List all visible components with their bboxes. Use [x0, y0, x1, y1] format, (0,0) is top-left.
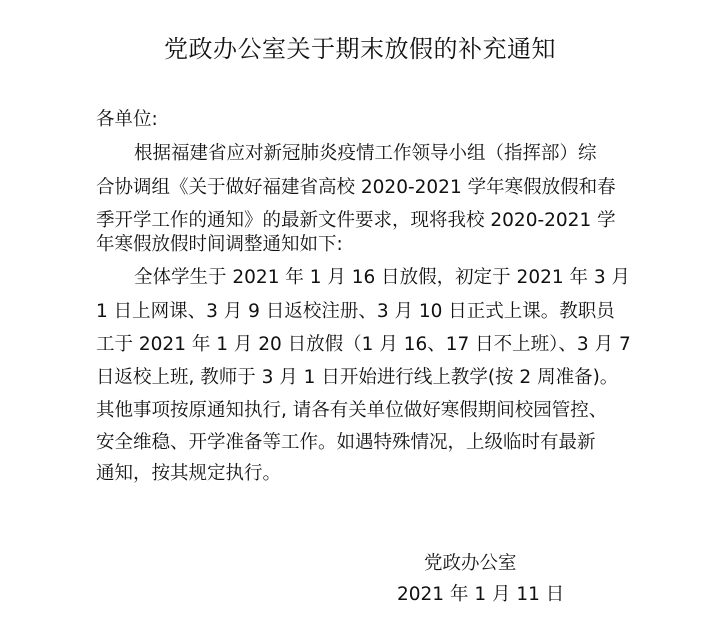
paragraph-line: 日返校上班, 教师于 3 月 1 日开始进行线上教学(按 2 周准备)。 — [96, 364, 618, 392]
paragraph-line: 其他事项按原通知执行, 请各有关单位做好寒假期间校园管控、 — [96, 397, 607, 425]
salutation: 各单位: — [96, 106, 158, 134]
paragraph-line: 1 日上网课、3 月 9 日返校注册、3 月 10 日正式上课。教职员 — [96, 298, 615, 326]
signature-date: 2021 年 1 月 11 日 — [397, 581, 564, 609]
paragraph-line: 全体学生于 2021 年 1 月 16 日放假，初定于 2021 年 3 月 — [134, 264, 630, 292]
document-title: 党政办公室关于期末放假的补充通知 — [0, 33, 720, 65]
paragraph-line: 通知，按其规定执行。 — [96, 460, 281, 488]
paragraph-line: 根据福建省应对新冠肺炎疫情工作领导小组（指挥部）综 — [134, 140, 597, 168]
paragraph-line: 年寒假放假时间调整通知如下: — [96, 231, 343, 259]
signature-office: 党政办公室 — [424, 550, 517, 578]
paragraph-line: 工于 2021 年 1 月 20 日放假（1 月 16、17 日不上班）、3 月… — [96, 331, 631, 359]
paragraph-line: 安全维稳、开学准备等工作。如遇特殊情况，上级临时有最新 — [96, 429, 596, 457]
notice-document: 党政办公室关于期末放假的补充通知 各单位: 根据福建省应对新冠肺炎疫情工作领导小… — [0, 0, 720, 634]
paragraph-line: 合协调组《关于做好福建省高校 2020-2021 学年寒假放假和春 — [96, 174, 616, 202]
